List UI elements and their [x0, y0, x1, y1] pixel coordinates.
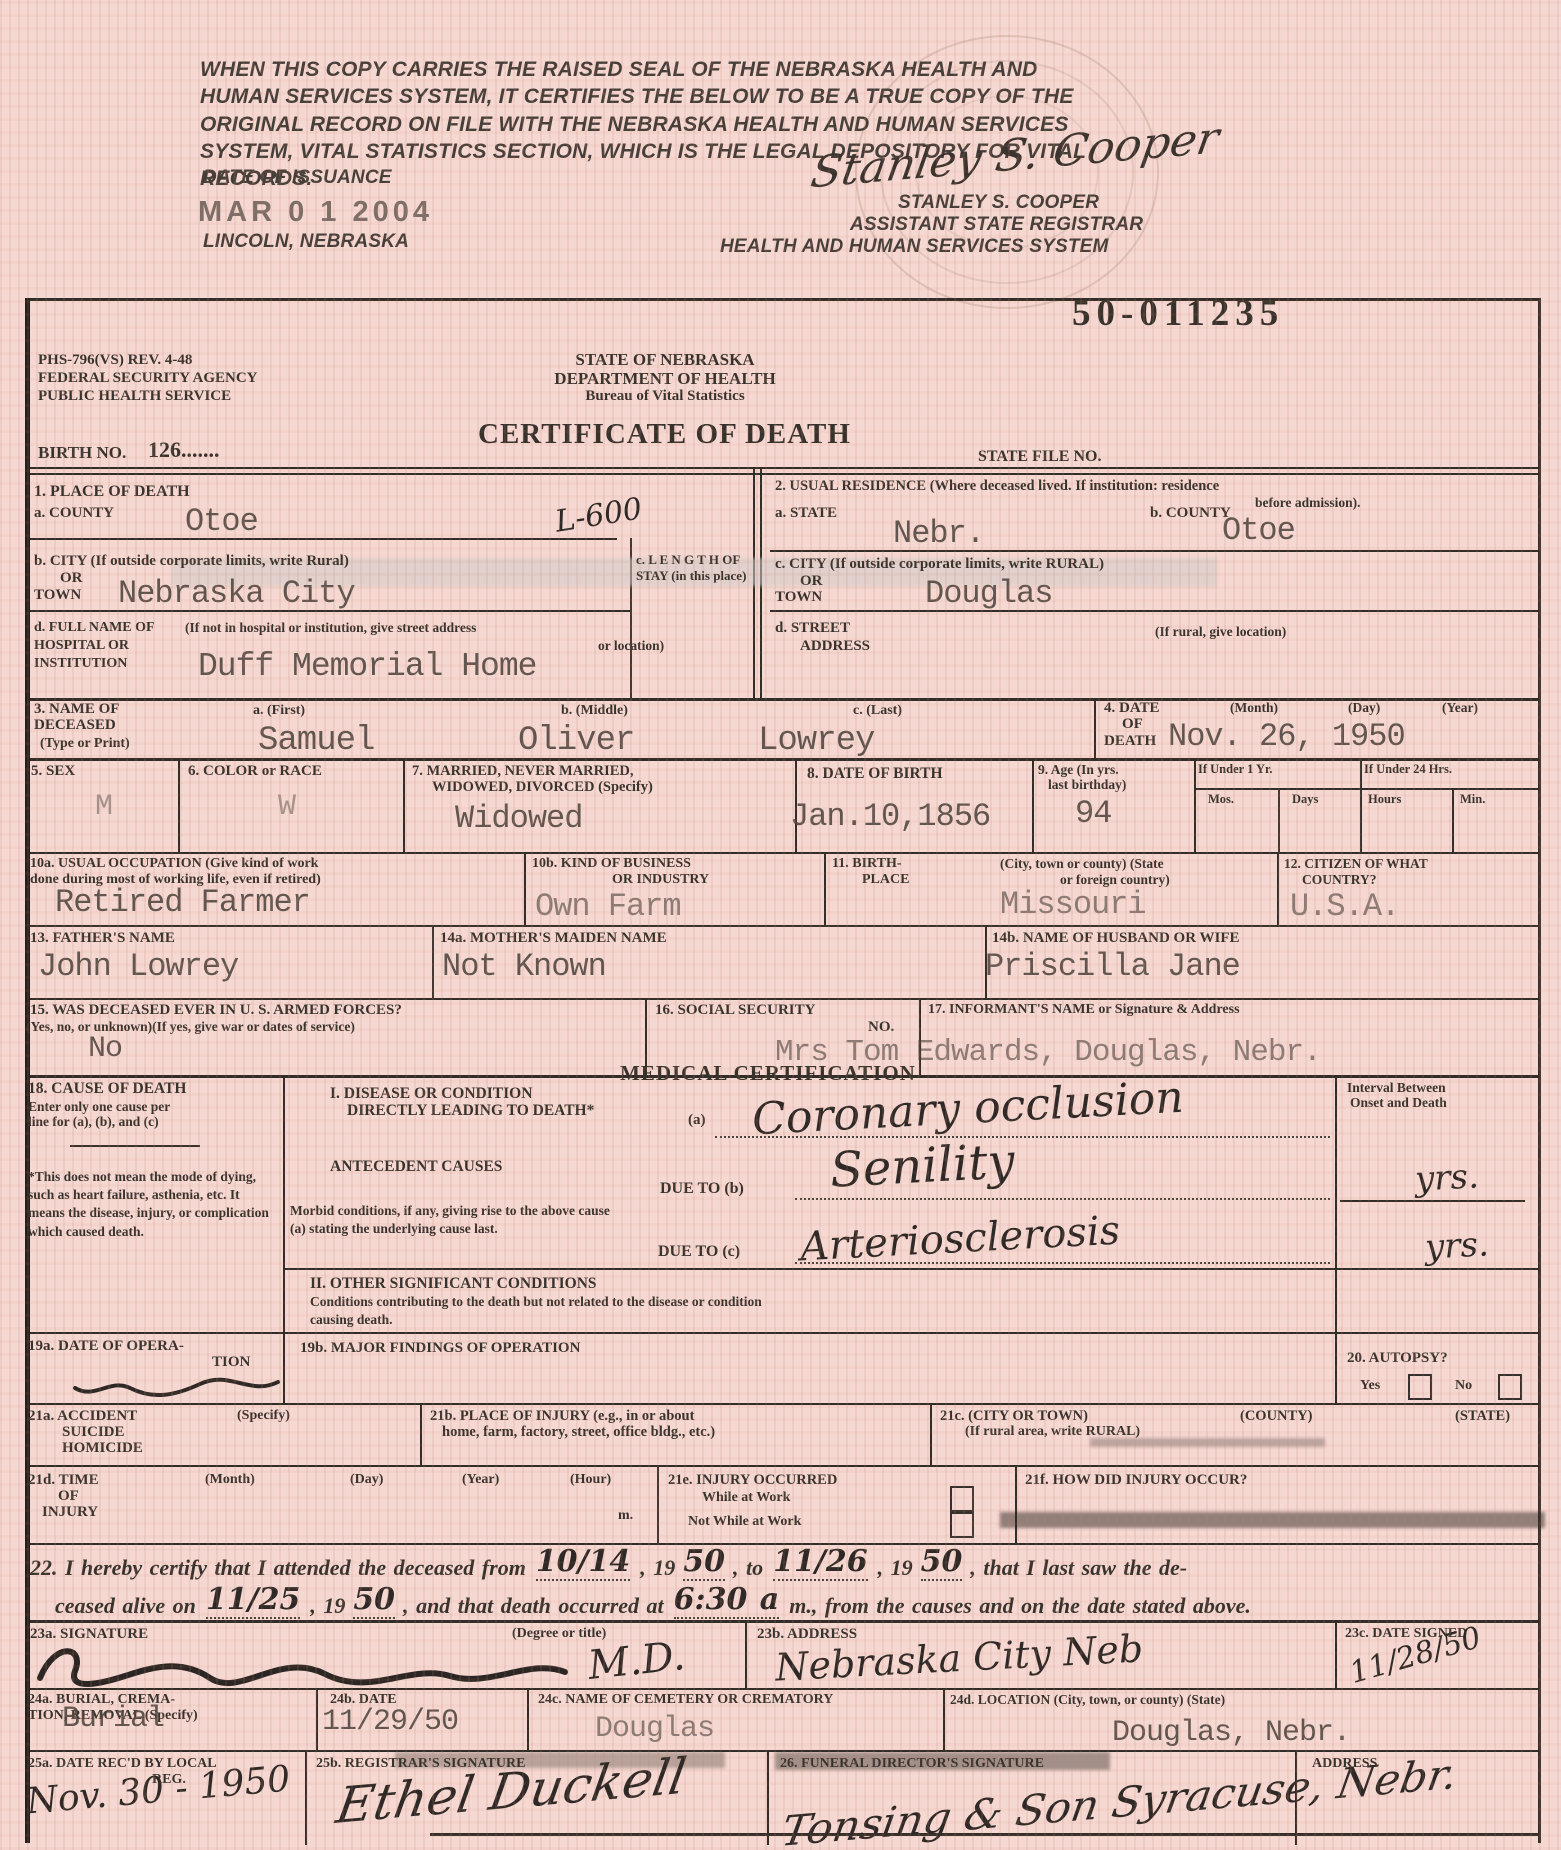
- s4-year-label: (Year): [1442, 700, 1478, 715]
- s1-city-value: Nebraska City: [118, 575, 355, 612]
- s18-due-c-label: DUE TO (c): [658, 1243, 740, 1261]
- s22-p6: ceased alive on: [55, 1593, 196, 1618]
- s19a-label-1: 19a. DATE OF OPERA-: [28, 1338, 184, 1355]
- s12-label-1: 12. CITIZEN OF WHAT: [1284, 856, 1428, 871]
- s21d-hour: (Hour): [570, 1472, 611, 1488]
- s6-race-value: W: [278, 790, 295, 824]
- death-certificate-page: { "issuance": { "certify_text": "WHEN TH…: [0, 0, 1561, 1850]
- s23a-degree-value: M.D.: [586, 1633, 687, 1689]
- s9-mos-label: Mos.: [1208, 792, 1234, 806]
- s2-state-value: Nebr.: [893, 515, 984, 552]
- s22-hw-alive-year: 50: [353, 1582, 395, 1619]
- s19b-label: 19b. MAJOR FINDINGS OF OPERATION: [300, 1340, 580, 1357]
- s24c-label: 24c. NAME OF CEMETERY OR CREMATORY: [538, 1692, 833, 1708]
- s22-hw-from-year: 50: [683, 1544, 725, 1581]
- s1-heading: 1. PLACE OF DEATH: [34, 483, 190, 501]
- agency-line-1: FEDERAL SECURITY AGENCY: [38, 370, 258, 387]
- certificate-title: CERTIFICATE OF DEATH: [478, 418, 851, 450]
- s26-label: 26. FUNERAL DIRECTOR'S SIGNATURE: [780, 1756, 1044, 1772]
- s4-label-3: DEATH: [1104, 733, 1156, 750]
- s22-p2: , 19: [640, 1555, 675, 1580]
- s10a-occupation-value: Retired Farmer: [55, 884, 310, 921]
- bureau-of-vital-statistics: Bureau of Vital Statistics: [500, 388, 830, 405]
- interval-c-value: yrs.: [1424, 1224, 1490, 1267]
- line-under-res-city: [770, 610, 1541, 612]
- s9-label-2: last birthday): [1048, 777, 1126, 792]
- form-top-border: [25, 298, 1541, 301]
- s11-birthplace-value: Missouri: [1000, 886, 1146, 923]
- s9-hours-label: Hours: [1368, 792, 1401, 806]
- medical-certification-title: MEDICAL CERTIFICATION: [620, 1062, 916, 1086]
- s22-certify-line-2: ceased alive on11/25, 1950, and that dea…: [55, 1586, 1251, 1621]
- cause-column-divider: [283, 1075, 285, 1403]
- s3-last-value: Lowrey: [758, 722, 874, 760]
- s23b-label: 23b. ADDRESS: [757, 1626, 857, 1643]
- s8-label: 8. DATE OF BIRTH: [807, 765, 943, 782]
- s2d-label-2: ADDRESS: [800, 638, 870, 655]
- injury-while-work-checkbox: [950, 1486, 974, 1512]
- birth-no-label: BIRTH NO.: [38, 443, 126, 462]
- s15-armed-forces-value: No: [88, 1032, 122, 1066]
- s6-label: 6. COLOR or RACE: [188, 763, 322, 780]
- s22-hw-to-year: 50: [921, 1544, 963, 1581]
- s5-label: 5. SEX: [31, 763, 75, 780]
- birth-no-value: 126.......: [148, 438, 220, 463]
- s3-first-label: a. (First): [253, 703, 305, 719]
- s24c-cemetery-value: Douglas: [595, 1712, 714, 1746]
- s22-p4: , 19: [878, 1555, 913, 1580]
- s5-sex-value: M: [95, 790, 112, 824]
- s21e-while-label: While at Work: [702, 1490, 790, 1506]
- s1a-label: a. COUNTY: [34, 505, 114, 522]
- signer-title-1: ASSISTANT STATE REGISTRAR: [850, 214, 1143, 236]
- s14a-mother-value: Not Known: [442, 948, 606, 985]
- s21a-label-1: 21a. ACCIDENT: [28, 1408, 137, 1425]
- s18-note-2: line for (a), (b), and (c): [28, 1114, 159, 1129]
- s21b-label-2: home, farm, factory, street, office bldg…: [442, 1424, 715, 1440]
- s3-heading-2: DECEASED: [34, 717, 116, 734]
- s8-dob-value: Jan.10,1856: [790, 798, 990, 835]
- s7-label-1: 7. MARRIED, NEVER MARRIED,: [412, 763, 634, 779]
- s3-first-value: Samuel: [258, 722, 374, 760]
- s1-county-value: Otoe: [185, 503, 258, 540]
- s19a-label-2: TION: [212, 1354, 250, 1371]
- issuance-date-stamp: MAR 0 1 2004: [198, 196, 433, 229]
- s22-certify-line-1: 22. I hereby certify that I attended the…: [30, 1548, 1187, 1583]
- s2-county-value: Otoe: [1222, 512, 1295, 549]
- line-under-county: [25, 538, 617, 540]
- s1d-label-2: (If not in hospital or institution, give…: [185, 620, 476, 635]
- s21f-label: 21f. HOW DID INJURY OCCUR?: [1025, 1472, 1247, 1489]
- s16-label-2: NO.: [868, 1019, 894, 1036]
- s1b-label: b. CITY (If outside corporate limits, wr…: [34, 553, 349, 570]
- s16-label-1: 16. SOCIAL SECURITY: [655, 1002, 815, 1019]
- s22-hw-alive-date: 11/25: [206, 1582, 300, 1619]
- s2-city-value: Douglas: [925, 575, 1052, 612]
- s20-no-label: No: [1455, 1378, 1472, 1394]
- double-rule-2: [25, 473, 1541, 475]
- s21c-state-label: (STATE): [1455, 1408, 1510, 1424]
- s18-part1-label-1: I. DISEASE OR CONDITION: [330, 1085, 532, 1102]
- department-of-health: DEPARTMENT OF HEALTH: [500, 369, 830, 388]
- s2b-label: b. COUNTY: [1150, 505, 1231, 522]
- s1d-label-5: INSTITUTION: [34, 656, 127, 672]
- autopsy-yes-checkbox: [1408, 1374, 1432, 1400]
- s22-p7: , 19: [310, 1593, 345, 1618]
- s7-marital-value: Widowed: [455, 800, 582, 837]
- s14b-spouse-value: Priscilla Jane: [985, 948, 1240, 985]
- s18-a-label: (a): [688, 1112, 706, 1129]
- s21d-m: m.: [618, 1508, 633, 1524]
- s10b-label-1: 10b. KIND OF BUSINESS: [532, 856, 691, 872]
- s18-part2-note: Conditions contributing to the death but…: [310, 1293, 800, 1328]
- s1b-town: TOWN: [34, 587, 81, 604]
- state-of-nebraska: STATE OF NEBRASKA: [500, 350, 830, 369]
- s9-under1yr-label: If Under 1 Yr.: [1198, 762, 1273, 776]
- s17-label: 17. INFORMANT'S NAME or Signature & Addr…: [928, 1002, 1240, 1018]
- s4-day-label: (Day): [1348, 700, 1380, 715]
- signer-name: STANLEY S. COOPER: [898, 192, 1099, 214]
- s11-label-2: PLACE: [862, 872, 909, 888]
- cause-b-line: [795, 1198, 1330, 1200]
- agency-line-2: PUBLIC HEALTH SERVICE: [38, 388, 231, 405]
- s20-label: 20. AUTOPSY?: [1347, 1350, 1448, 1367]
- s3-heading-3: (Type or Print): [40, 736, 130, 752]
- s21a-label-2: SUICIDE: [62, 1424, 125, 1441]
- s21d-label-1: 21d. TIME: [28, 1472, 99, 1489]
- s18-footnote: *This does not mean the mode of dying, s…: [28, 1168, 273, 1241]
- s1c-label-1: c. L E N G T H OF: [636, 553, 740, 568]
- s3-heading-1: 3. NAME OF: [34, 701, 119, 718]
- interval-label-1: Interval Between: [1347, 1080, 1446, 1095]
- issuance-city: LINCOLN, NEBRASKA: [203, 231, 409, 253]
- s2-heading: 2. USUAL RESIDENCE (Where deceased lived…: [775, 478, 1219, 494]
- s21e-notwhile-label: Not While at Work: [688, 1514, 801, 1530]
- s21a-label-3: HOMICIDE: [62, 1440, 143, 1457]
- s3-middle-label: b. (Middle): [561, 703, 628, 719]
- s18-cause-b-value: Senility: [829, 1133, 1016, 1199]
- interval-label-2: Onset and Death: [1350, 1095, 1447, 1110]
- s18-antecedent-label: ANTECEDENT CAUSES: [330, 1158, 502, 1175]
- s15-label-1: 15. WAS DECEASED EVER IN U. S. ARMED FOR…: [30, 1002, 402, 1019]
- line-under-state: [770, 550, 1541, 552]
- s21d-month: (Month): [205, 1472, 255, 1488]
- s18-heading: 18. CAUSE OF DEATH: [28, 1080, 186, 1097]
- s22-hw-time: 6:30 a: [674, 1582, 780, 1619]
- s1d-label-3: or location): [598, 638, 664, 653]
- s21d-day: (Day): [350, 1472, 383, 1488]
- s1b-or: OR: [60, 570, 83, 587]
- signer-title-2: HEALTH AND HUMAN SERVICES SYSTEM: [720, 236, 1109, 258]
- s1-institution-value: Duff Memorial Home: [198, 648, 536, 685]
- s21a-specify: (Specify): [237, 1408, 290, 1424]
- s21d-label-2: OF: [58, 1488, 79, 1505]
- s21d-year: (Year): [462, 1472, 499, 1488]
- interval-line-1: [1340, 1200, 1525, 1202]
- s4-label-2: OF: [1122, 716, 1143, 733]
- s2-heading-2: before admission).: [1255, 495, 1361, 510]
- s24d-label: 24d. LOCATION (City, town, or county) (S…: [950, 1692, 1225, 1707]
- s9-label-1: 9. Age (In yrs.: [1038, 762, 1119, 777]
- s1d-label-4: HOSPITAL OR: [34, 638, 129, 654]
- s24d-location-value: Douglas, Nebr.: [1112, 1716, 1350, 1750]
- s3-last-label: c. (Last): [853, 703, 902, 719]
- right-border: [1538, 298, 1541, 1843]
- s13-label: 13. FATHER'S NAME: [30, 930, 175, 947]
- interval-column-divider: [1335, 1075, 1337, 1403]
- form-number: PHS-796(VS) REV. 4-48: [38, 352, 192, 369]
- s4-label-1: 4. DATE: [1104, 700, 1160, 717]
- s9-days-label: Days: [1292, 792, 1318, 806]
- s18-due-b-label: DUE TO (b): [660, 1180, 744, 1198]
- s14b-label: 14b. NAME OF HUSBAND OR WIFE: [992, 930, 1240, 947]
- s15-label-2: (Yes, no, or unknown)(If yes, give war o…: [26, 1019, 355, 1034]
- s3-middle-value: Oliver: [518, 722, 634, 760]
- s9-min-label: Min.: [1460, 792, 1485, 806]
- s12-citizen-value: U.S.A.: [1290, 888, 1399, 925]
- s11-label-3: (City, town or county) (State: [1000, 856, 1164, 871]
- s21d-label-3: INJURY: [42, 1504, 98, 1521]
- s22-p3: , to: [733, 1555, 763, 1580]
- s22-p1: 22. I hereby certify that I attended the…: [30, 1555, 526, 1580]
- s9-under24hr-label: If Under 24 Hrs.: [1364, 762, 1452, 776]
- s18-divider-dash: [70, 1145, 200, 1147]
- s21e-label: 21e. INJURY OCCURRED: [668, 1472, 837, 1488]
- s21b-label-1: 21b. PLACE OF INJURY (e.g., in or about: [430, 1408, 694, 1424]
- s18-cause-c-value: Arteriosclerosis: [799, 1208, 1121, 1271]
- s13-father-value: John Lowrey: [38, 948, 238, 985]
- s2c-town: TOWN: [775, 589, 822, 606]
- s18-part2-label: II. OTHER SIGNIFICANT CONDITIONS: [310, 1275, 597, 1292]
- s21c-label-2: (If rural area, write RURAL): [965, 1424, 1140, 1440]
- s10b-business-value: Own Farm: [535, 888, 681, 925]
- s20-yes-label: Yes: [1360, 1378, 1380, 1394]
- s2c-label: c. CITY (If outside corporate limits, wr…: [775, 556, 1104, 573]
- s11-label-4: or foreign country): [1060, 872, 1170, 887]
- injury-not-while-work-checkbox: [950, 1512, 974, 1538]
- s11-label-1: 11. BIRTH-: [832, 856, 902, 872]
- s18-morbid-note: Morbid conditions, if any, giving rise t…: [290, 1202, 610, 1238]
- s2c-or: OR: [800, 573, 823, 590]
- physician-signature-scrawl: [30, 1636, 575, 1696]
- s4-month-label: (Month): [1230, 700, 1278, 715]
- s1c-label-2: STAY (in this place): [636, 569, 746, 584]
- s18-part1-label-2: DIRECTLY LEADING TO DEATH*: [347, 1102, 594, 1119]
- s22-p5: , that I last saw the de-: [970, 1555, 1187, 1580]
- s22-hw-from-date: 10/14: [536, 1544, 630, 1581]
- s9-age-value: 94: [1075, 795, 1111, 832]
- s21c-county-label: (COUNTY): [1240, 1408, 1313, 1424]
- interval-b-value: yrs.: [1414, 1156, 1480, 1199]
- s10a-label-1: 10a. USUAL OCCUPATION (Give kind of work: [30, 856, 318, 872]
- s22-p9: m., from the causes and on the date stat…: [789, 1593, 1251, 1618]
- date-of-issuance-label: DATE OF ISSUANCE: [203, 167, 392, 189]
- s10b-label-2: OR INDUSTRY: [612, 872, 709, 888]
- s1d-label-1: d. FULL NAME OF: [34, 620, 155, 636]
- s2a-label: a. STATE: [775, 505, 837, 522]
- state-file-no-label: STATE FILE NO.: [978, 448, 1101, 466]
- s12-label-2: COUNTRY?: [1302, 872, 1377, 887]
- double-rule-1: [25, 467, 1541, 469]
- s2d-label-3: (If rural, give location): [1155, 624, 1286, 639]
- scan-smudge-1: [1000, 1512, 1545, 1528]
- s4-date-of-death-value: Nov. 26, 1950: [1168, 718, 1405, 755]
- s2d-label-1: d. STREET: [775, 620, 850, 637]
- s23a-degree-label: (Degree or title): [512, 1626, 606, 1642]
- s19a-none-squiggle: [70, 1370, 285, 1402]
- s14a-label: 14a. MOTHER'S MAIDEN NAME: [440, 930, 667, 947]
- s24b-date-value: 11/29/50: [322, 1705, 458, 1739]
- s24a-burial-value: Burial: [62, 1702, 164, 1736]
- s18-note-1: Enter only one cause per: [28, 1099, 170, 1114]
- s22-p8: , and that death occurred at: [403, 1593, 664, 1618]
- left-border: [25, 298, 30, 1843]
- s7-label-2: WIDOWED, DIVORCED (Specify): [432, 779, 653, 795]
- s22-hw-to-date: 11/26: [773, 1544, 867, 1581]
- autopsy-no-checkbox: [1498, 1374, 1522, 1400]
- s1-length-scrawl: L-600: [553, 491, 645, 539]
- s21c-label-1: 21c. (CITY OR TOWN): [940, 1408, 1088, 1424]
